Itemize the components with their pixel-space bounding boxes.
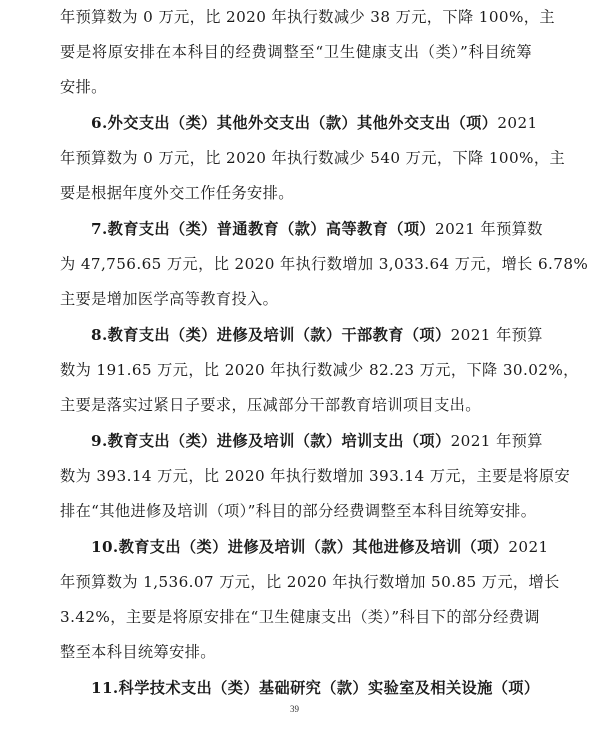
line-text: 3.42%，主要是将原安排在“卫生健康支出（类）”科目下的部分经费调 [60, 608, 540, 626]
paragraph-line: 年预算数为 0 万元，比 2020 年执行数减少 38 万元，下降 100%，主 [60, 0, 532, 35]
line-text: 年预算数为 0 万元，比 2020 年执行数减少 38 万元，下降 100%，主 [60, 8, 555, 26]
paragraph-line: 数为 393.14 万元，比 2020 年执行数增加 393.14 万元，主要是… [60, 459, 532, 494]
line-text: 2021 年预算数 [435, 220, 543, 238]
line-text: 排在“其他进修及培训（项）”科目的部分经费调整至本科目统筹安排。 [60, 502, 536, 520]
line-text: 主要是增加医学高等教育投入。 [60, 290, 278, 308]
item-heading-6: 6.外交支出（类）其他外交支出（款）其他外交支出（项）2021 [91, 106, 532, 141]
item-heading-11: 11.科学技术支出（类）基础研究（款）实验室及相关设施（项） [91, 671, 532, 706]
item-heading-9: 9.教育支出（类）进修及培训（款）培训支出（项）2021 年预算 [91, 424, 532, 459]
line-text: 主要是落实过紧日子要求，压减部分干部教育培训项目支出。 [60, 396, 481, 414]
line-text: 2021 年预算 [451, 326, 543, 344]
paragraph-line: 主要是增加医学高等教育投入。 [60, 282, 532, 317]
item-title: 6.外交支出（类）其他外交支出（款）其他外交支出（项） [91, 114, 497, 132]
line-text: 数为 393.14 万元，比 2020 年执行数增加 393.14 万元，主要是… [60, 467, 570, 485]
item-title: 11.科学技术支出（类）基础研究（款）实验室及相关设施（项） [91, 679, 540, 697]
paragraph-line: 整至本科目统筹安排。 [60, 635, 532, 670]
line-text: 安排。 [60, 78, 107, 96]
paragraph-line: 要是根据年度外交工作任务安排。 [60, 176, 532, 211]
item-title: 10.教育支出（类）进修及培训（款）其他进修及培训（项） [91, 538, 508, 556]
item-title: 9.教育支出（类）进修及培训（款）培训支出（项） [91, 432, 451, 450]
line-text: 年预算数为 0 万元，比 2020 年执行数减少 540 万元，下降 100%，… [60, 149, 565, 167]
document-page: 年预算数为 0 万元，比 2020 年执行数减少 38 万元，下降 100%，主… [0, 0, 589, 752]
item-title: 7.教育支出（类）普通教育（款）高等教育（项） [91, 220, 435, 238]
paragraph-line: 主要是落实过紧日子要求，压减部分干部教育培训项目支出。 [60, 388, 532, 423]
line-text: 为 47,756.65 万元，比 2020 年执行数增加 3,033.64 万元… [60, 255, 589, 273]
item-heading-8: 8.教育支出（类）进修及培训（款）干部教育（项）2021 年预算 [91, 318, 532, 353]
item-heading-10: 10.教育支出（类）进修及培训（款）其他进修及培训（项）2021 [91, 530, 532, 565]
page-number: 39 [0, 704, 589, 714]
item-title: 8.教育支出（类）进修及培训（款）干部教育（项） [91, 326, 451, 344]
paragraph-line: 年预算数为 1,536.07 万元，比 2020 年执行数增加 50.85 万元… [60, 565, 532, 600]
line-text: 整至本科目统筹安排。 [60, 643, 216, 661]
line-text: 要是根据年度外交工作任务安排。 [60, 184, 294, 202]
line-text: 年预算数为 1,536.07 万元，比 2020 年执行数增加 50.85 万元… [60, 573, 560, 591]
line-text: 要是将原安排在本科目的经费调整至“卫生健康支出（类）”科目统筹 [60, 43, 532, 61]
paragraph-line: 为 47,756.65 万元，比 2020 年执行数增加 3,033.64 万元… [60, 247, 532, 282]
line-text: 2021 [497, 114, 537, 132]
paragraph-line: 3.42%，主要是将原安排在“卫生健康支出（类）”科目下的部分经费调 [60, 600, 532, 635]
line-text: 数为 191.65 万元，比 2020 年执行数减少 82.23 万元，下降 3… [60, 361, 579, 379]
paragraph-line: 数为 191.65 万元，比 2020 年执行数减少 82.23 万元，下降 3… [60, 353, 532, 388]
item-heading-7: 7.教育支出（类）普通教育（款）高等教育（项）2021 年预算数 [91, 212, 532, 247]
paragraph-line: 年预算数为 0 万元，比 2020 年执行数减少 540 万元，下降 100%，… [60, 141, 532, 176]
line-text: 2021 年预算 [451, 432, 543, 450]
paragraph-line: 要是将原安排在本科目的经费调整至“卫生健康支出（类）”科目统筹 [60, 35, 532, 70]
line-text: 2021 [508, 538, 548, 556]
paragraph-line: 安排。 [60, 70, 532, 105]
paragraph-line: 排在“其他进修及培训（项）”科目的部分经费调整至本科目统筹安排。 [60, 494, 532, 529]
